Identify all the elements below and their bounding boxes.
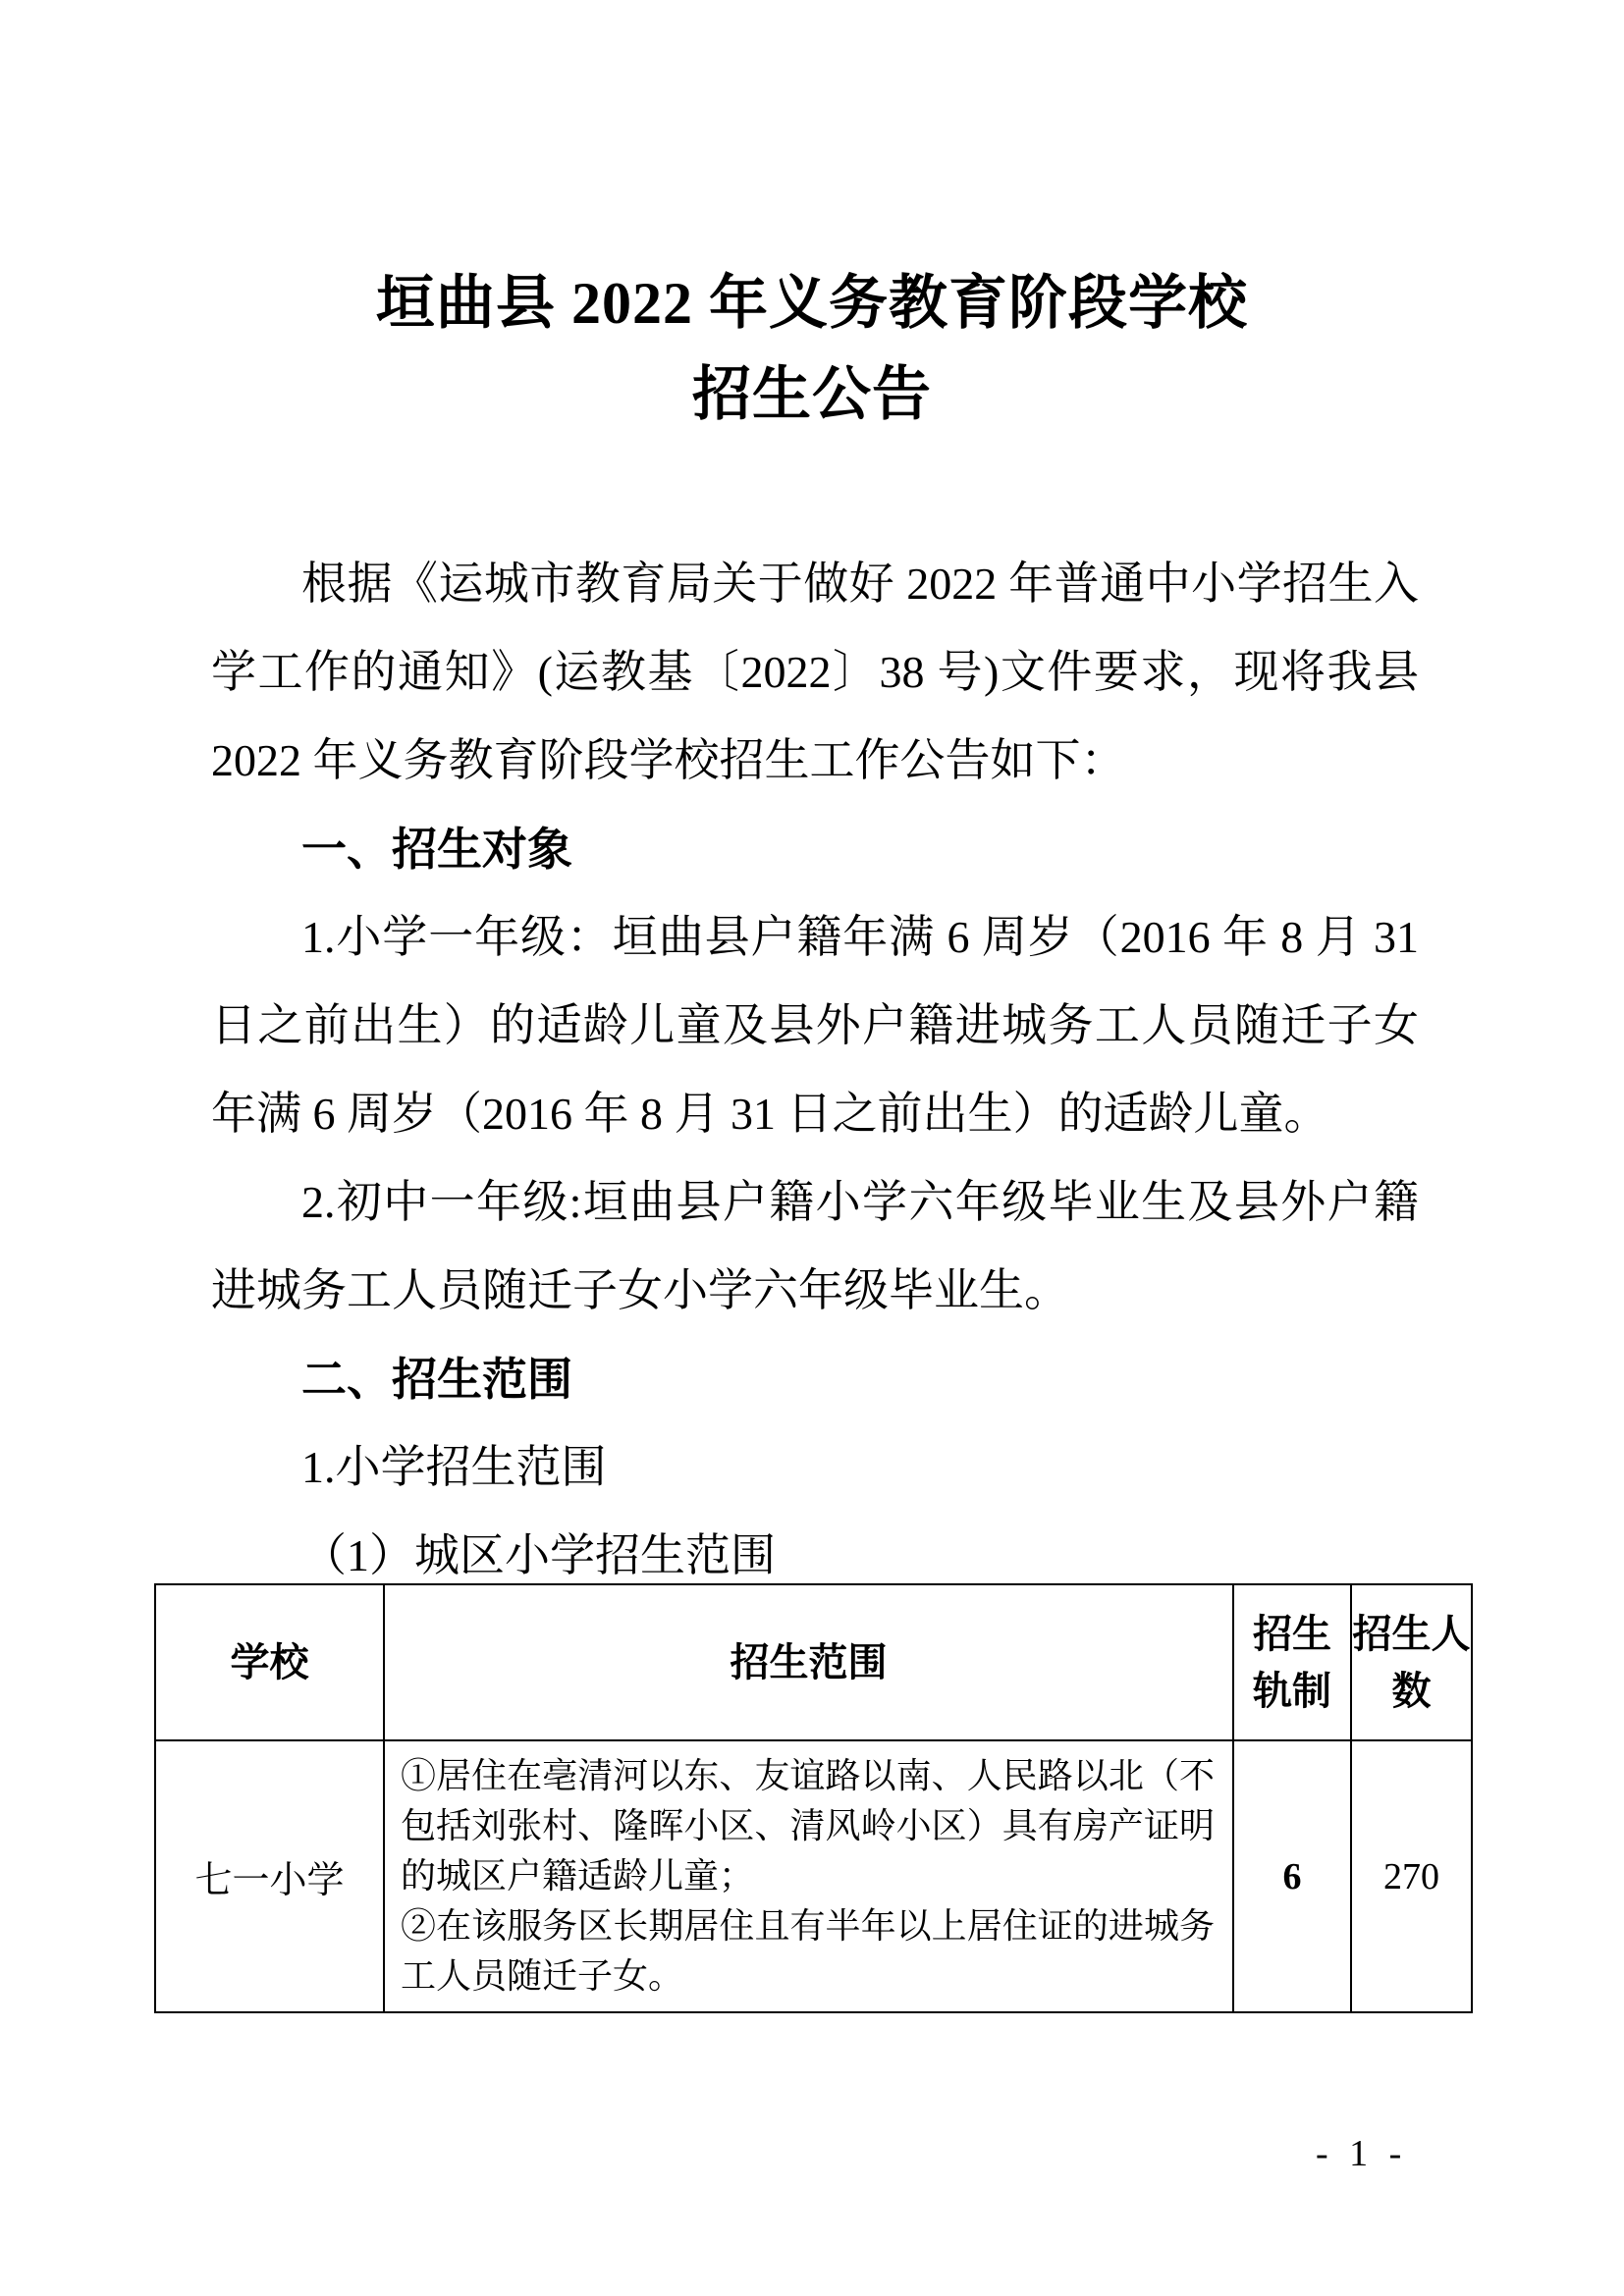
table-header-school: 学校 bbox=[155, 1584, 384, 1740]
section1-item2: 2.初中一年级:垣曲县户籍小学六年级毕业生及县外户籍进城务工人员随迁子女小学六年… bbox=[211, 1158, 1419, 1335]
document-title: 垣曲县 2022 年义务教育阶段学校 招生公告 bbox=[0, 258, 1624, 441]
scope-item-1: ①居住在亳清河以东、友谊路以南、人民路以北（不包括刘张村、隆晖小区、清风岭小区）… bbox=[401, 1751, 1215, 1901]
table-cell-tracks: 6 bbox=[1233, 1740, 1351, 2012]
section2-sub1: 1.小学招生范围 bbox=[211, 1423, 1419, 1512]
scope-item-2: ②在该服务区长期居住且有半年以上居住证的进城务工人员随迁子女。 bbox=[401, 1901, 1215, 2002]
table-cell-count: 270 bbox=[1351, 1740, 1472, 2012]
document-body: 根据《运城市教育局关于做好 2022 年普通中小学招生入学工作的通知》(运教基〔… bbox=[211, 540, 1419, 1600]
intro-paragraph: 根据《运城市教育局关于做好 2022 年普通中小学招生入学工作的通知》(运教基〔… bbox=[211, 540, 1419, 805]
page-number: - 1 - bbox=[1316, 2132, 1407, 2175]
document-title-line2: 招生公告 bbox=[0, 349, 1624, 441]
document-title-line1: 垣曲县 2022 年义务教育阶段学校 bbox=[0, 258, 1624, 349]
table-header-tracks: 招生轨制 bbox=[1233, 1584, 1351, 1740]
section1-heading: 一、招生对象 bbox=[211, 805, 1419, 893]
enrollment-scope-table: 学校 招生范围 招生轨制 招生人数 七一小学 ①居住在亳清河以东、友谊路以南、人… bbox=[154, 1583, 1473, 2013]
section1-item1: 1.小学一年级：垣曲县户籍年满 6 周岁（2016 年 8 月 31 日之前出生… bbox=[211, 893, 1419, 1158]
section2-heading: 二、招生范围 bbox=[211, 1335, 1419, 1423]
document-page: 垣曲县 2022 年义务教育阶段学校 招生公告 根据《运城市教育局关于做好 20… bbox=[0, 0, 1624, 2296]
table-header-row: 学校 招生范围 招生轨制 招生人数 bbox=[155, 1584, 1472, 1740]
table-header-count: 招生人数 bbox=[1351, 1584, 1472, 1740]
table-cell-school: 七一小学 bbox=[155, 1740, 384, 2012]
table-header-scope: 招生范围 bbox=[384, 1584, 1233, 1740]
table-row: 七一小学 ①居住在亳清河以东、友谊路以南、人民路以北（不包括刘张村、隆晖小区、清… bbox=[155, 1740, 1472, 2012]
table-cell-scope: ①居住在亳清河以东、友谊路以南、人民路以北（不包括刘张村、隆晖小区、清风岭小区）… bbox=[384, 1740, 1233, 2012]
